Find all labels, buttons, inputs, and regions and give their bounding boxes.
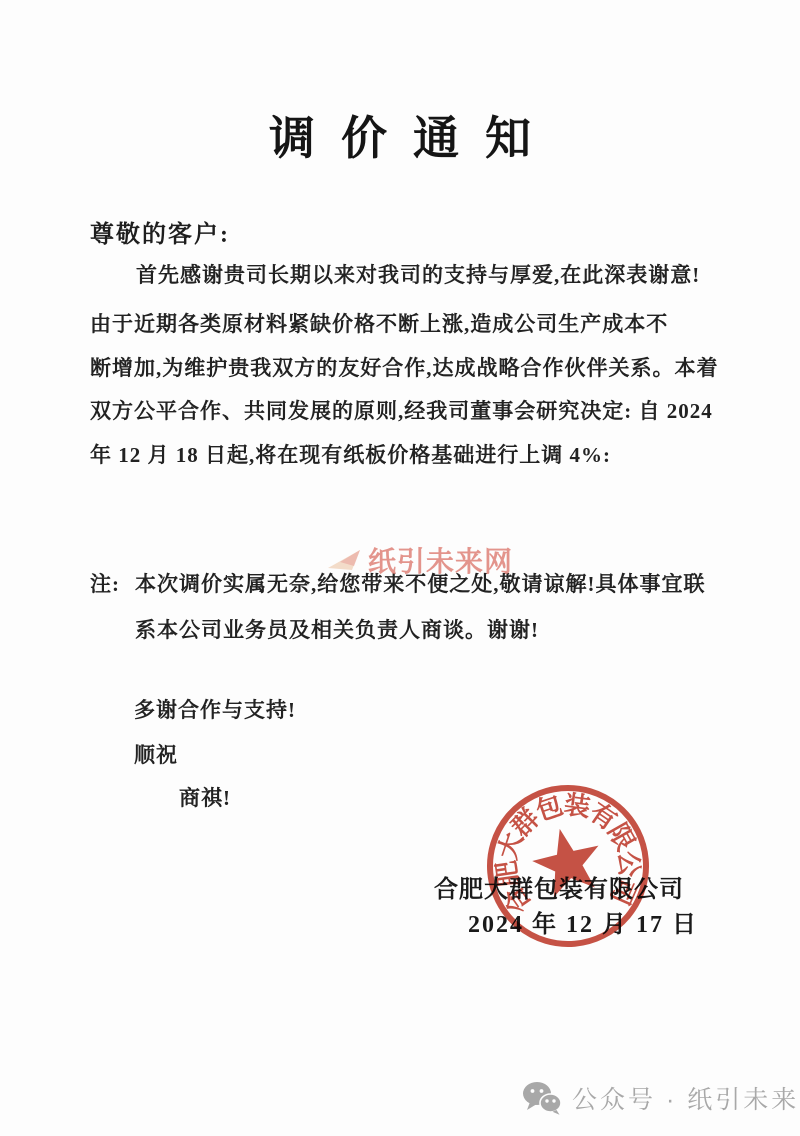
body-line: 年 12 月 18 日起,将在现有纸板价格基础进行上调 4%: (90, 434, 719, 478)
footer-caption: 公众号 · 纸引未来网 (522, 1080, 800, 1116)
document-title: 调价通知 (0, 102, 800, 168)
closing-wish: 顺祝 (134, 739, 178, 769)
watermark: 纸引未来网 (326, 540, 513, 580)
paragraph-2: 由于近期各类原材料紧缺价格不断上涨,造成公司生产成本不 断增加,为维护贵我双方的… (90, 303, 719, 477)
wechat-icon (522, 1081, 562, 1115)
body-line: 双方公平合作、共同发展的原则,经我司董事会研究决定: 自 2024 (90, 390, 719, 434)
body-line: 断增加,为维护贵我双方的友好合作,达成战略合作伙伴关系。本着 (90, 347, 719, 391)
closing-regards: 商祺! (179, 782, 231, 812)
greeting-line: 尊敬的客户: (90, 214, 230, 249)
note-line: 系本公司业务员及相关负责人商谈。谢谢! (90, 608, 706, 654)
signature-company-name: 合肥大群包装有限公司 (434, 869, 684, 904)
body-line: 由于近期各类原材料紧缺价格不断上涨,造成公司生产成本不 (90, 303, 719, 347)
note-label: 注: (90, 562, 135, 608)
footer-text: 公众号 · 纸引未来网 (572, 1080, 800, 1116)
watermark-logo-icon (326, 548, 364, 572)
price-adjustment-notice-document: 调价通知 尊敬的客户: 首先感谢贵司长期以来对我司的支持与厚爱,在此深表谢意! … (0, 0, 800, 1136)
paragraph-1: 首先感谢贵司长期以来对我司的支持与厚爱,在此深表谢意! (136, 259, 700, 289)
watermark-text: 纸引未来网 (368, 540, 513, 580)
company-seal-stamp: 合肥大群包装有限公司 (458, 756, 678, 976)
closing-thanks: 多谢合作与支持! (134, 694, 296, 724)
signature-date: 2024 年 12 月 17 日 (468, 904, 698, 939)
